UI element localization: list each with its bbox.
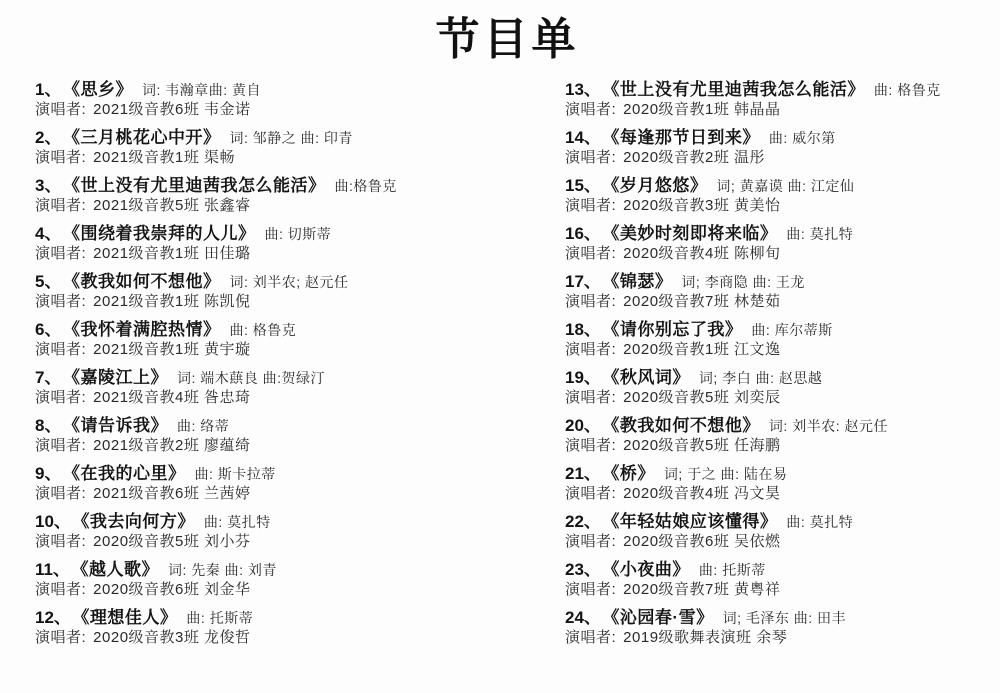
performer-name: 2020级音教2班 温彤 <box>623 149 765 166</box>
program-number: 5、 <box>35 272 61 291</box>
performer-name: 2021级音教1班 田佳璐 <box>93 245 250 262</box>
program-item: 19、《秋风词》词; 李白 曲: 赵思越 演唱者:2020级音教5班 刘奕辰 <box>565 368 980 408</box>
program-performer-line: 演唱者:2020级音教3班 龙俊哲 <box>35 628 565 648</box>
performer-label: 演唱者: <box>565 149 616 166</box>
program-credits: 词; 李商隐 曲: 王龙 <box>681 274 804 290</box>
program-performer-line: 演唱者:2020级音教1班 韩晶晶 <box>565 100 980 120</box>
program-number: 11、 <box>35 560 70 579</box>
program-item: 5、《教我如何不想他》词: 刘半农; 赵元任 演唱者:2021级音教1班 陈凯倪 <box>35 272 565 312</box>
program-credits: 词: 刘半农: 赵元任 <box>769 418 888 434</box>
program-number: 21、 <box>565 464 601 483</box>
program-item-title-line: 11、《越人歌》词: 先秦 曲: 刘青 <box>35 560 565 580</box>
program-song-title: 《每逢那节日到来》 <box>611 128 760 147</box>
performer-label: 演唱者: <box>35 389 86 406</box>
program-item: 12、《理想佳人》曲: 托斯蒂 演唱者:2020级音教3班 龙俊哲 <box>35 608 565 648</box>
program-item: 10、《我去向何方》曲: 莫扎特 演唱者:2020级音教5班 刘小芬 <box>35 512 565 552</box>
program-performer-line: 演唱者:2020级音教2班 温彤 <box>565 148 980 168</box>
program-page: 节目单 1、《思乡》词: 韦瀚章曲: 黄自 演唱者:2021级音教6班 韦金诺 … <box>0 0 1000 693</box>
program-song-title: 《在我的心里》 <box>71 464 185 483</box>
program-song-title: 《桥》 <box>611 464 655 483</box>
program-item-title-line: 21、《桥》词; 于之 曲: 陆在易 <box>565 464 980 484</box>
program-credits: 词; 于之 曲: 陆在易 <box>664 466 787 482</box>
program-credits: 词: 韦瀚章曲: 黄自 <box>142 82 261 98</box>
program-song-title: 《我怀着满腔热情》 <box>71 320 220 339</box>
performer-label: 演唱者: <box>565 341 616 358</box>
program-performer-line: 演唱者:2021级音教1班 陈凯倪 <box>35 292 565 312</box>
performer-name: 2020级音教7班 黄粤祥 <box>623 581 780 598</box>
program-performer-line: 演唱者:2020级音教7班 黄粤祥 <box>565 580 980 600</box>
program-credits: 曲: 斯卡拉蒂 <box>194 466 275 482</box>
program-number: 19、 <box>565 368 601 387</box>
performer-label: 演唱者: <box>565 389 616 406</box>
program-credits: 词: 端木蕻良 曲:贺绿汀 <box>177 370 325 386</box>
program-credits: 词: 邹静之 曲: 印青 <box>229 130 352 146</box>
program-item-title-line: 23、《小夜曲》曲: 托斯蒂 <box>565 560 980 580</box>
program-credits: 曲: 格鲁克 <box>874 82 941 98</box>
page-title: 节目单 <box>35 14 980 66</box>
performer-name: 2020级音教3班 龙俊哲 <box>93 629 250 646</box>
performer-label: 演唱者: <box>35 581 86 598</box>
program-performer-line: 演唱者:2021级音教2班 廖蕴绮 <box>35 436 565 456</box>
program-columns: 1、《思乡》词: 韦瀚章曲: 黄自 演唱者:2021级音教6班 韦金诺 2、《三… <box>35 80 980 656</box>
program-item-title-line: 5、《教我如何不想他》词: 刘半农; 赵元任 <box>35 272 565 292</box>
program-item-title-line: 6、《我怀着满腔热情》曲: 格鲁克 <box>35 320 565 340</box>
program-item: 23、《小夜曲》曲: 托斯蒂 演唱者:2020级音教7班 黄粤祥 <box>565 560 980 600</box>
performer-name: 2020级音教6班 刘金华 <box>93 581 250 598</box>
program-item: 9、《在我的心里》曲: 斯卡拉蒂 演唱者:2021级音教6班 兰茜婷 <box>35 464 565 504</box>
program-item-title-line: 8、《请告诉我》曲: 络蒂 <box>35 416 565 436</box>
program-credits: 曲: 莫扎特 <box>786 514 853 530</box>
program-item: 18、《请你别忘了我》曲: 库尔蒂斯 演唱者:2020级音教1班 江文逸 <box>565 320 980 360</box>
performer-name: 2020级音教7班 林楚茹 <box>623 293 780 310</box>
program-song-title: 《教我如何不想他》 <box>71 272 220 291</box>
program-item: 20、《教我如何不想他》词: 刘半农: 赵元任 演唱者:2020级音教5班 任海… <box>565 416 980 456</box>
program-credits: 曲: 库尔蒂斯 <box>751 322 832 338</box>
program-number: 12、 <box>35 608 71 627</box>
program-credits: 词; 黄嘉谟 曲: 江定仙 <box>716 178 854 194</box>
program-song-title: 《小夜曲》 <box>611 560 690 579</box>
program-credits: 曲: 威尔第 <box>769 130 836 146</box>
program-column-left: 1、《思乡》词: 韦瀚章曲: 黄自 演唱者:2021级音教6班 韦金诺 2、《三… <box>35 80 565 656</box>
program-song-title: 《岁月悠悠》 <box>611 176 708 195</box>
program-performer-line: 演唱者:2020级音教6班 刘金华 <box>35 580 565 600</box>
program-column-right: 13、《世上没有尤里迪茜我怎么能活》曲: 格鲁克 演唱者:2020级音教1班 韩… <box>565 80 980 656</box>
program-credits: 词; 毛泽东 曲: 田丰 <box>723 610 846 626</box>
performer-name: 2020级音教5班 任海鹏 <box>623 437 780 454</box>
program-item-title-line: 19、《秋风词》词; 李白 曲: 赵思越 <box>565 368 980 388</box>
program-song-title: 《围绕着我崇拜的人儿》 <box>71 224 255 243</box>
program-song-title: 《三月桃花心中开》 <box>71 128 220 147</box>
program-performer-line: 演唱者:2021级音教1班 渠畅 <box>35 148 565 168</box>
program-number: 15、 <box>565 176 601 195</box>
program-credits: 词: 刘半农; 赵元任 <box>229 274 348 290</box>
performer-name: 2020级音教4班 陈柳旬 <box>623 245 780 262</box>
program-song-title: 《请告诉我》 <box>71 416 168 435</box>
program-item-title-line: 22、《年轻姑娘应该懂得》曲: 莫扎特 <box>565 512 980 532</box>
program-credits: 词: 先秦 曲: 刘青 <box>168 562 277 578</box>
performer-label: 演唱者: <box>565 533 616 550</box>
performer-name: 2021级音教1班 黄宇璇 <box>93 341 250 358</box>
program-performer-line: 演唱者:2020级音教4班 冯文昊 <box>565 484 980 504</box>
program-item-title-line: 4、《围绕着我崇拜的人儿》曲: 切斯蒂 <box>35 224 565 244</box>
program-item-title-line: 1、《思乡》词: 韦瀚章曲: 黄自 <box>35 80 565 100</box>
performer-label: 演唱者: <box>565 293 616 310</box>
program-item: 24、《沁园春·雪》词; 毛泽东 曲: 田丰 演唱者:2019级歌舞表演班 余琴 <box>565 608 980 648</box>
program-item: 6、《我怀着满腔热情》曲: 格鲁克 演唱者:2021级音教1班 黄宇璇 <box>35 320 565 360</box>
program-item-title-line: 24、《沁园春·雪》词; 毛泽东 曲: 田丰 <box>565 608 980 628</box>
program-item-title-line: 13、《世上没有尤里迪茜我怎么能活》曲: 格鲁克 <box>565 80 980 100</box>
program-song-title: 《越人歌》 <box>80 560 159 579</box>
program-number: 23、 <box>565 560 601 579</box>
performer-label: 演唱者: <box>565 485 616 502</box>
performer-label: 演唱者: <box>35 149 86 166</box>
program-item: 2、《三月桃花心中开》词: 邹静之 曲: 印青 演唱者:2021级音教1班 渠畅 <box>35 128 565 168</box>
performer-name: 2019级歌舞表演班 余琴 <box>623 629 787 646</box>
program-performer-line: 演唱者:2020级音教3班 黄美怡 <box>565 196 980 216</box>
program-number: 20、 <box>565 416 601 435</box>
program-number: 18、 <box>565 320 601 339</box>
program-number: 22、 <box>565 512 601 531</box>
program-number: 3、 <box>35 176 61 195</box>
performer-label: 演唱者: <box>35 533 86 550</box>
program-number: 8、 <box>35 416 61 435</box>
performer-name: 2021级音教2班 廖蕴绮 <box>93 437 250 454</box>
program-item-title-line: 3、《世上没有尤里迪茜我怎么能活》曲:格鲁克 <box>35 176 565 196</box>
program-item-title-line: 18、《请你别忘了我》曲: 库尔蒂斯 <box>565 320 980 340</box>
program-item-title-line: 12、《理想佳人》曲: 托斯蒂 <box>35 608 565 628</box>
performer-name: 2021级音教1班 陈凯倪 <box>93 293 250 310</box>
program-item: 7、《嘉陵江上》词: 端木蕻良 曲:贺绿汀 演唱者:2021级音教4班 昝忠琦 <box>35 368 565 408</box>
program-song-title: 《教我如何不想他》 <box>611 416 760 435</box>
program-item-title-line: 17、《锦瑟》词; 李商隐 曲: 王龙 <box>565 272 980 292</box>
program-item: 11、《越人歌》词: 先秦 曲: 刘青 演唱者:2020级音教6班 刘金华 <box>35 560 565 600</box>
program-item-title-line: 2、《三月桃花心中开》词: 邹静之 曲: 印青 <box>35 128 565 148</box>
program-performer-line: 演唱者:2021级音教4班 昝忠琦 <box>35 388 565 408</box>
performer-label: 演唱者: <box>565 581 616 598</box>
program-song-title: 《理想佳人》 <box>81 608 178 627</box>
program-item-title-line: 14、《每逢那节日到来》曲: 威尔第 <box>565 128 980 148</box>
performer-label: 演唱者: <box>35 437 86 454</box>
program-item-title-line: 16、《美妙时刻即将来临》曲: 莫扎特 <box>565 224 980 244</box>
program-performer-line: 演唱者:2021级音教1班 黄宇璇 <box>35 340 565 360</box>
program-performer-line: 演唱者:2020级音教7班 林楚茹 <box>565 292 980 312</box>
performer-name: 2021级音教6班 兰茜婷 <box>93 485 250 502</box>
program-performer-line: 演唱者:2019级歌舞表演班 余琴 <box>565 628 980 648</box>
program-item-title-line: 9、《在我的心里》曲: 斯卡拉蒂 <box>35 464 565 484</box>
program-item-title-line: 7、《嘉陵江上》词: 端木蕻良 曲:贺绿汀 <box>35 368 565 388</box>
program-number: 4、 <box>35 224 61 243</box>
program-item: 15、《岁月悠悠》词; 黄嘉谟 曲: 江定仙 演唱者:2020级音教3班 黄美怡 <box>565 176 980 216</box>
performer-name: 2021级音教4班 昝忠琦 <box>93 389 250 406</box>
performer-label: 演唱者: <box>565 245 616 262</box>
performer-name: 2020级音教3班 黄美怡 <box>623 197 780 214</box>
program-number: 16、 <box>565 224 601 243</box>
performer-label: 演唱者: <box>35 101 86 118</box>
performer-label: 演唱者: <box>35 293 86 310</box>
program-credits: 曲: 托斯蒂 <box>186 610 253 626</box>
program-number: 24、 <box>565 608 601 627</box>
program-performer-line: 演唱者:2020级音教1班 江文逸 <box>565 340 980 360</box>
program-item: 21、《桥》词; 于之 曲: 陆在易 演唱者:2020级音教4班 冯文昊 <box>565 464 980 504</box>
program-performer-line: 演唱者:2020级音教6班 吴依燃 <box>565 532 980 552</box>
program-item: 8、《请告诉我》曲: 络蒂 演唱者:2021级音教2班 廖蕴绮 <box>35 416 565 456</box>
program-number: 13、 <box>565 80 601 99</box>
performer-label: 演唱者: <box>565 437 616 454</box>
performer-name: 2020级音教6班 吴依燃 <box>623 533 780 550</box>
performer-name: 2021级音教1班 渠畅 <box>93 149 235 166</box>
performer-name: 2021级音教5班 张鑫睿 <box>93 197 250 214</box>
performer-label: 演唱者: <box>565 197 616 214</box>
performer-name: 2021级音教6班 韦金诺 <box>93 101 250 118</box>
program-performer-line: 演唱者:2020级音教4班 陈柳旬 <box>565 244 980 264</box>
program-song-title: 《我去向何方》 <box>81 512 195 531</box>
program-performer-line: 演唱者:2021级音教6班 兰茜婷 <box>35 484 565 504</box>
program-number: 14、 <box>565 128 601 147</box>
performer-name: 2020级音教5班 刘奕辰 <box>623 389 780 406</box>
program-item: 1、《思乡》词: 韦瀚章曲: 黄自 演唱者:2021级音教6班 韦金诺 <box>35 80 565 120</box>
program-song-title: 《嘉陵江上》 <box>71 368 168 387</box>
performer-label: 演唱者: <box>565 629 616 646</box>
program-credits: 曲: 络蒂 <box>177 418 229 434</box>
program-song-title: 《秋风词》 <box>611 368 690 387</box>
program-number: 7、 <box>35 368 61 387</box>
program-credits: 曲: 格鲁克 <box>229 322 296 338</box>
program-item: 13、《世上没有尤里迪茜我怎么能活》曲: 格鲁克 演唱者:2020级音教1班 韩… <box>565 80 980 120</box>
program-song-title: 《美妙时刻即将来临》 <box>611 224 778 243</box>
program-performer-line: 演唱者:2021级音教6班 韦金诺 <box>35 100 565 120</box>
program-credits: 曲: 莫扎特 <box>786 226 853 242</box>
program-item: 16、《美妙时刻即将来临》曲: 莫扎特 演唱者:2020级音教4班 陈柳旬 <box>565 224 980 264</box>
performer-name: 2020级音教4班 冯文昊 <box>623 485 780 502</box>
program-song-title: 《世上没有尤里迪茜我怎么能活》 <box>611 80 865 99</box>
program-song-title: 《请你别忘了我》 <box>611 320 743 339</box>
program-item: 22、《年轻姑娘应该懂得》曲: 莫扎特 演唱者:2020级音教6班 吴依燃 <box>565 512 980 552</box>
program-item: 4、《围绕着我崇拜的人儿》曲: 切斯蒂 演唱者:2021级音教1班 田佳璐 <box>35 224 565 264</box>
program-item: 17、《锦瑟》词; 李商隐 曲: 王龙 演唱者:2020级音教7班 林楚茹 <box>565 272 980 312</box>
program-item-title-line: 10、《我去向何方》曲: 莫扎特 <box>35 512 565 532</box>
program-number: 10、 <box>35 512 71 531</box>
performer-name: 2020级音教1班 韩晶晶 <box>623 101 780 118</box>
program-song-title: 《年轻姑娘应该懂得》 <box>611 512 778 531</box>
program-performer-line: 演唱者:2020级音教5班 刘奕辰 <box>565 388 980 408</box>
program-credits: 曲:格鲁克 <box>334 178 396 194</box>
program-song-title: 《锦瑟》 <box>611 272 673 291</box>
performer-label: 演唱者: <box>35 245 86 262</box>
performer-label: 演唱者: <box>35 197 86 214</box>
performer-label: 演唱者: <box>35 485 86 502</box>
program-performer-line: 演唱者:2020级音教5班 任海鹏 <box>565 436 980 456</box>
program-performer-line: 演唱者:2021级音教1班 田佳璐 <box>35 244 565 264</box>
program-performer-line: 演唱者:2021级音教5班 张鑫睿 <box>35 196 565 216</box>
performer-label: 演唱者: <box>35 629 86 646</box>
program-number: 6、 <box>35 320 61 339</box>
program-number: 2、 <box>35 128 61 147</box>
program-song-title: 《沁园春·雪》 <box>611 608 714 627</box>
performer-name: 2020级音教5班 刘小芬 <box>93 533 250 550</box>
performer-label: 演唱者: <box>35 341 86 358</box>
program-item: 14、《每逢那节日到来》曲: 威尔第 演唱者:2020级音教2班 温彤 <box>565 128 980 168</box>
program-credits: 曲: 切斯蒂 <box>264 226 331 242</box>
program-number: 17、 <box>565 272 601 291</box>
program-item-title-line: 15、《岁月悠悠》词; 黄嘉谟 曲: 江定仙 <box>565 176 980 196</box>
program-credits: 曲: 莫扎特 <box>204 514 271 530</box>
program-item-title-line: 20、《教我如何不想他》词: 刘半农: 赵元任 <box>565 416 980 436</box>
program-credits: 词; 李白 曲: 赵思越 <box>699 370 822 386</box>
program-number: 9、 <box>35 464 61 483</box>
program-item: 3、《世上没有尤里迪茜我怎么能活》曲:格鲁克 演唱者:2021级音教5班 张鑫睿 <box>35 176 565 216</box>
program-credits: 曲: 托斯蒂 <box>699 562 766 578</box>
performer-name: 2020级音教1班 江文逸 <box>623 341 780 358</box>
program-performer-line: 演唱者:2020级音教5班 刘小芬 <box>35 532 565 552</box>
program-song-title: 《世上没有尤里迪茜我怎么能活》 <box>71 176 325 195</box>
program-song-title: 《思乡》 <box>71 80 133 99</box>
program-number: 1、 <box>35 80 61 99</box>
performer-label: 演唱者: <box>565 101 616 118</box>
